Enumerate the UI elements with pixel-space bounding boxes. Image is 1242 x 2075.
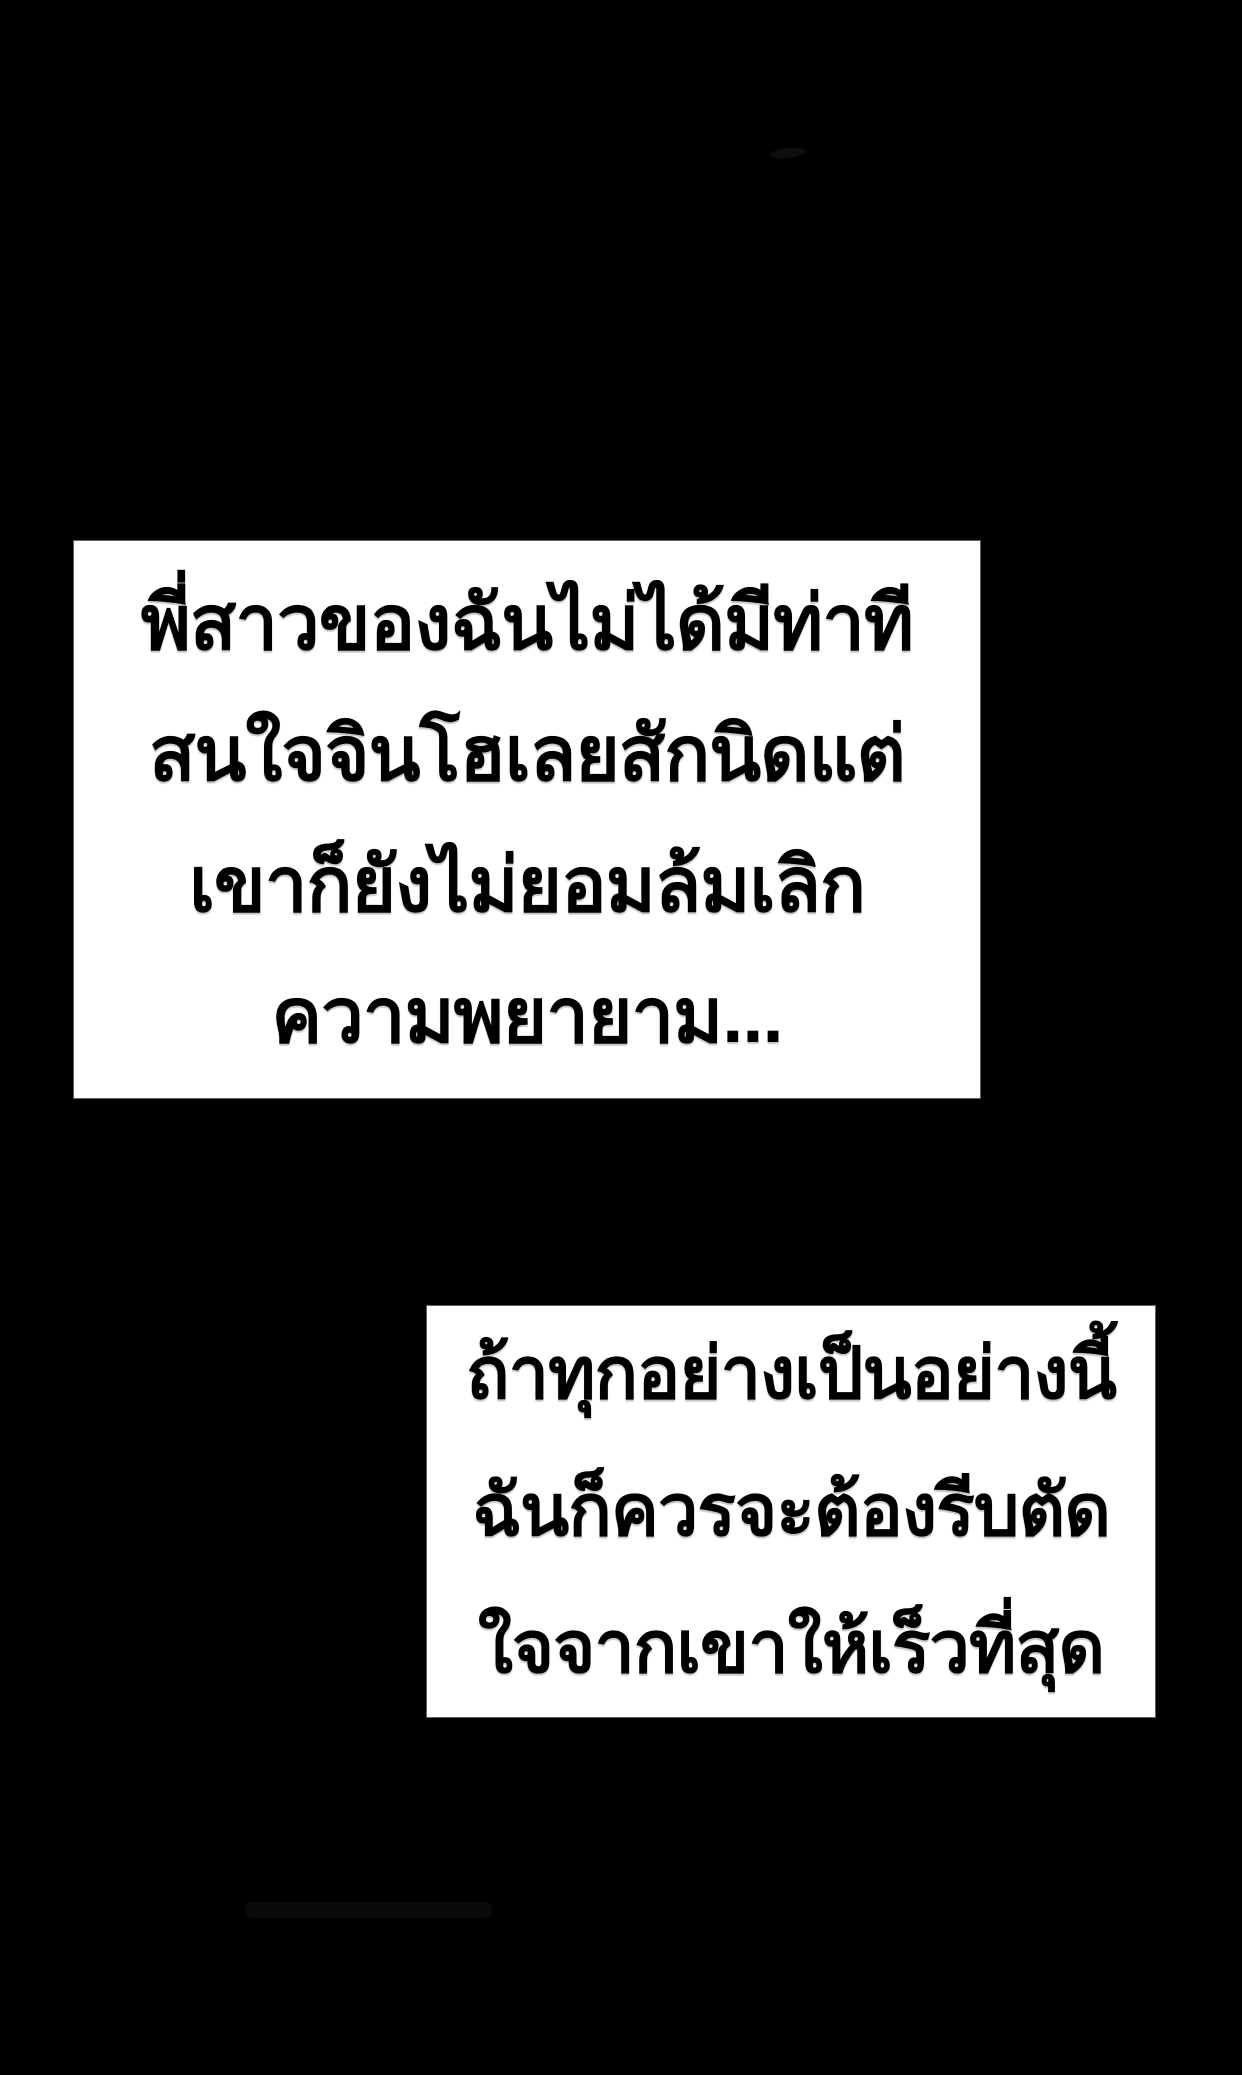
- faint-artwork-remnant-top: [770, 146, 807, 160]
- narration-line: เขาก็ยังไม่ยอมล้มเลิก: [189, 820, 865, 951]
- narration-line: พี่สาวของฉันไม่ได้มีท่าที: [141, 558, 913, 689]
- narration-line: ฉันก็ควรจะต้องรีบตัด: [472, 1443, 1110, 1580]
- narration-line: ถ้าทุกอย่างเป็นอย่างนี้: [466, 1306, 1116, 1443]
- narration-line: สนใจจินโฮเลยสักนิดแต่: [149, 689, 905, 820]
- comic-page: พี่สาวของฉันไม่ได้มีท่าที สนใจจินโฮเลยสั…: [0, 0, 1242, 2075]
- narration-box-1: พี่สาวของฉันไม่ได้มีท่าที สนใจจินโฮเลยสั…: [73, 540, 981, 1099]
- narration-line: ความพยายาม...: [271, 951, 782, 1082]
- narration-line: ใจจากเขาให้เร็วที่สุด: [478, 1580, 1104, 1717]
- faint-artwork-remnant-bottom: [245, 1902, 493, 1918]
- narration-box-2: ถ้าทุกอย่างเป็นอย่างนี้ ฉันก็ควรจะต้องรี…: [426, 1305, 1156, 1718]
